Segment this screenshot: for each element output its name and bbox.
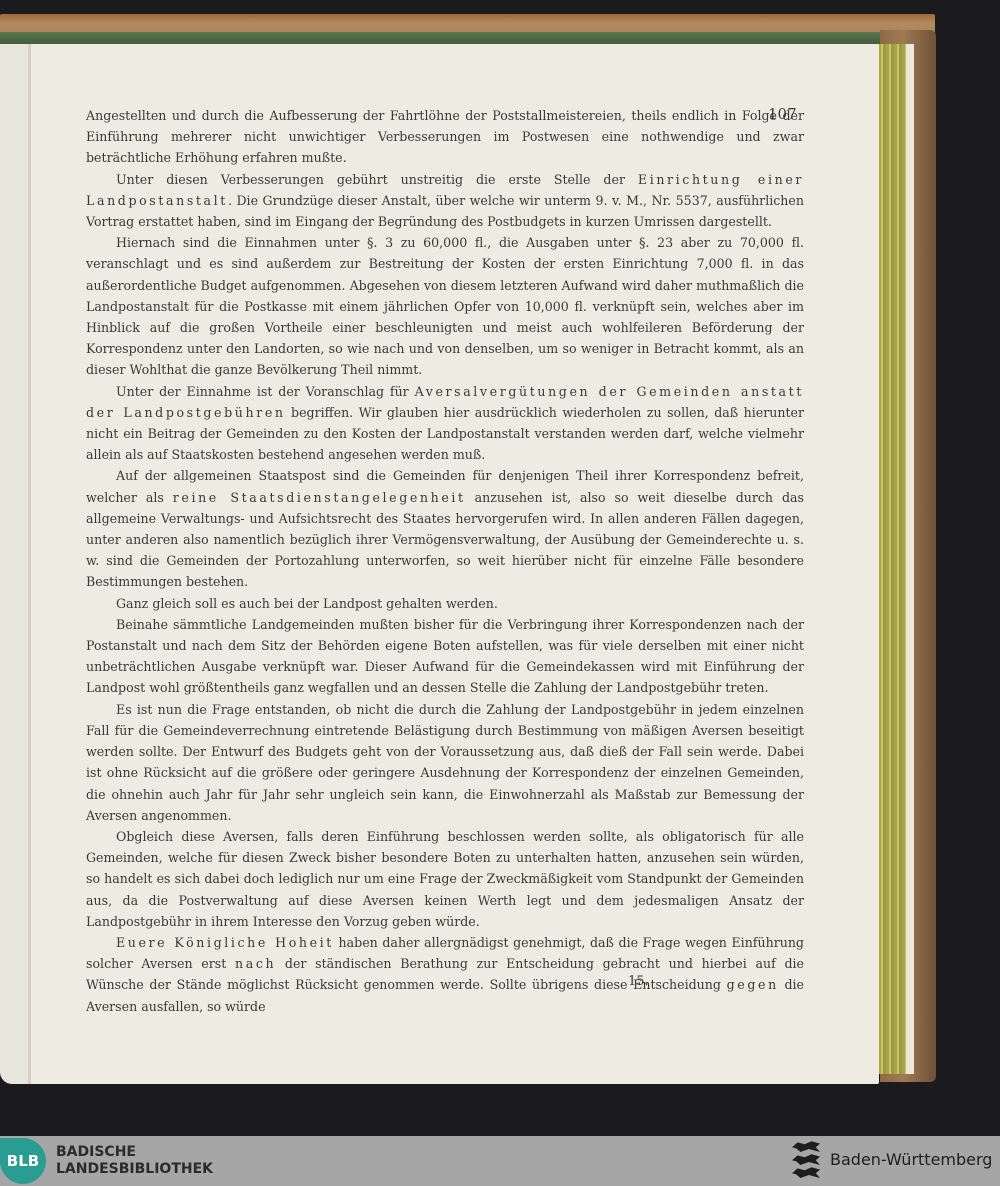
blb-logo-line2: LANDESBIBLIOTHEK — [56, 1161, 213, 1178]
text-run: Hiernach sind die Einnahmen unter §. 3 z… — [86, 235, 804, 377]
page-edge-white — [906, 44, 914, 1074]
paragraph: Hiernach sind die Einnahmen unter §. 3 z… — [86, 232, 804, 380]
blb-logo-text[interactable]: BADISCHE LANDESBIBLIOTHEK — [56, 1144, 213, 1178]
text-run: Angestellten und durch die Aufbesserung … — [86, 108, 804, 165]
paragraph: Euere Königliche Hoheit haben daher alle… — [86, 932, 804, 1017]
emphasized-text: nach — [235, 956, 276, 971]
signature-mark: 15. — [628, 974, 649, 989]
paragraph: Angestellten und durch die Aufbesserung … — [86, 105, 804, 169]
baden-wuerttemberg-label: Baden-Württemberg — [830, 1150, 992, 1169]
paragraph: Obgleich diese Aversen, falls deren Einf… — [86, 826, 804, 932]
facing-page-sliver — [0, 44, 30, 1084]
text-run: Beinahe sämmtliche Landgemeinden mußten … — [86, 617, 804, 696]
emphasized-text: Euere Königliche Hoheit — [116, 935, 334, 950]
footer-bar: BLB BADISCHE LANDESBIBLIOTHEK Baden-Würt… — [0, 1136, 1000, 1186]
paragraph: Beinahe sämmtliche Landgemeinden mußten … — [86, 614, 804, 699]
baden-wuerttemberg-logo[interactable]: Baden-Württemberg — [792, 1140, 992, 1178]
text-run: Ganz gleich soll es auch bei der Landpos… — [116, 596, 498, 611]
page-body-text: Angestellten und durch die Aufbesserung … — [86, 105, 804, 1017]
text-run: Unter der Einnahme ist der Voranschlag f… — [116, 384, 415, 399]
spine-gutter — [28, 44, 31, 1084]
three-lions-icon — [792, 1140, 820, 1178]
emphasized-text: gegen — [727, 977, 779, 992]
emphasized-text: reine Staatsdienstangelegenheit — [173, 490, 466, 505]
blb-logo-icon[interactable]: BLB — [0, 1138, 46, 1184]
paragraph: Unter der Einnahme ist der Voranschlag f… — [86, 381, 804, 466]
blb-logo-line1: BADISCHE — [56, 1144, 213, 1161]
paragraph: Ganz gleich soll es auch bei der Landpos… — [86, 593, 804, 614]
text-run: Unter diesen Verbesserungen gebührt unst… — [116, 172, 638, 187]
book-scan: 107 Angestellten und durch die Aufbesser… — [0, 0, 1000, 1136]
text-run: Obgleich diese Aversen, falls deren Einf… — [86, 829, 804, 929]
paragraph: Unter diesen Verbesserungen gebührt unst… — [86, 169, 804, 233]
paragraph: Auf der allgemeinen Staatspost sind die … — [86, 465, 804, 592]
paragraph: Es ist nun die Frage entstanden, ob nich… — [86, 699, 804, 826]
text-run: Es ist nun die Frage entstanden, ob nich… — [86, 702, 804, 823]
page-edges-stack — [878, 44, 908, 1074]
